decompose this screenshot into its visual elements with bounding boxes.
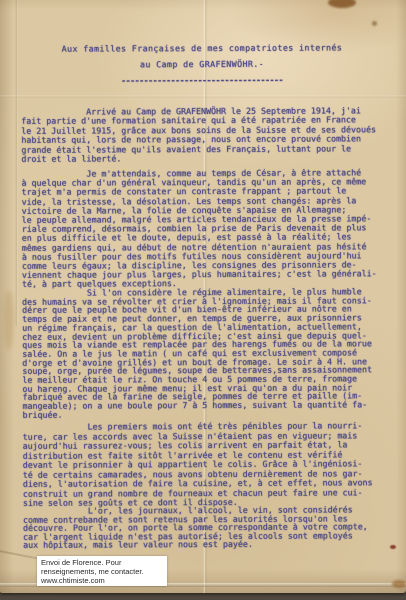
separator-dashes: ------------------------------------ <box>0 74 405 86</box>
letter-addressee: Aux familles Françaises de mes compatrio… <box>0 42 405 54</box>
paragraph-contrast: Je m'attendais, comme au temps de César,… <box>21 168 398 289</box>
label-line1: Envoi de Florence. Pour <box>41 558 167 567</box>
typewritten-text: Aux familles Françaises de mes compatrio… <box>0 0 406 594</box>
scan-background: Aux familles Françaises de mes compatrio… <box>0 0 406 600</box>
letter-camp-line: au Camp de GRAFENWÖHR.- <box>0 58 405 70</box>
archive-label: Envoi de Florence. Pour renseignements, … <box>37 556 167 586</box>
paragraph-food-regime: Si l'on considère le régime alimentaire,… <box>22 287 399 419</box>
label-line2: renseignements, me contacter. <box>41 567 167 576</box>
paragraph-arrival: Arrivé au Camp de GRAFENWÖHR le 25 Septe… <box>21 106 397 164</box>
paragraph-contraband: L'or, les journaux, l'alcool, le vin, so… <box>23 505 399 550</box>
letter-page: Aux familles Françaises de mes compatrio… <box>0 0 406 593</box>
website-url: www.chtimiste.com <box>41 576 167 585</box>
paragraph-parcels: Les premiers mois ont été très pénibles … <box>23 421 399 508</box>
